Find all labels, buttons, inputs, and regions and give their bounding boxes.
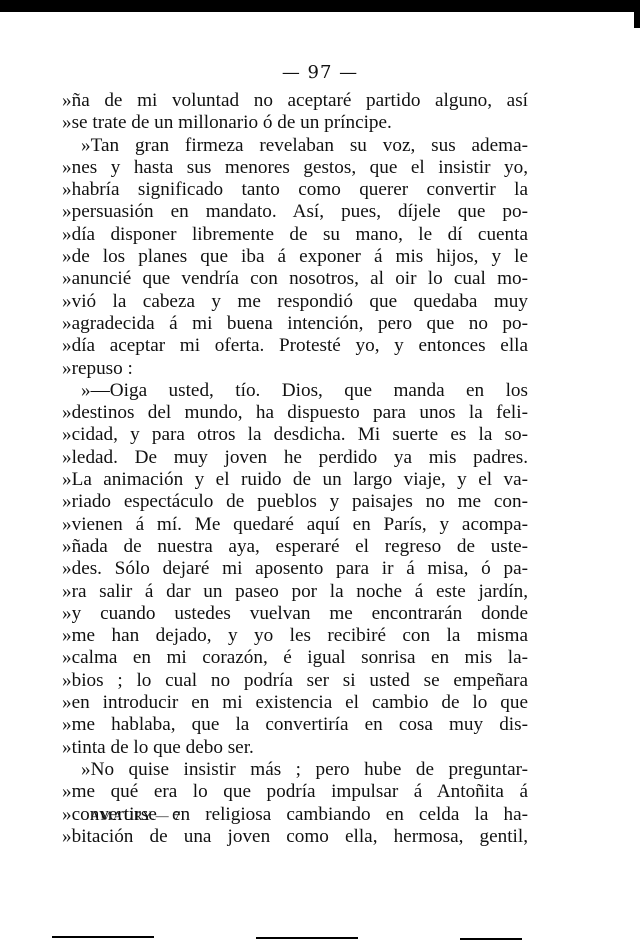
text-line: »anuncié que vendría con nosotros, al oi… [62, 268, 528, 290]
page-number: — 97 — [0, 62, 640, 83]
text-line: »La animación y el ruido de un largo via… [62, 469, 528, 491]
text-line: »vió la cabeza y me respondió que quedab… [62, 291, 528, 313]
text-line: »de los planes que iba á exponer á mis h… [62, 246, 528, 268]
text-line: »repuso : [62, 358, 528, 380]
scan-top-border [0, 0, 640, 12]
text-line: »día disponer libremente de su mano, le … [62, 224, 528, 246]
text-line: »me han dejado, y yo les recibiré con la… [62, 625, 528, 647]
text-line: »cidad, y para otros la desdicha. Mi sue… [62, 424, 528, 446]
text-line: »Tan gran firmeza revelaban su voz, sus … [62, 135, 528, 157]
scan-bottom-rule [52, 936, 154, 938]
text-line: »calma en mi corazón, é igual sonrisa en… [62, 647, 528, 669]
text-line: »des. Sólo dejaré mi aposento para ir á … [62, 558, 528, 580]
text-line: »ra salir á dar un paseo por la noche á … [62, 581, 528, 603]
scan-bottom-rule [256, 937, 358, 939]
text-line: »ña de mi voluntad no aceptaré partido a… [62, 90, 528, 112]
body-text: »ña de mi voluntad no aceptaré partido a… [62, 90, 528, 848]
text-line: »vienen á mí. Me quedaré aquí en París, … [62, 514, 528, 536]
text-line: »bios ; lo cual no podría ser si usted s… [62, 670, 528, 692]
text-line: »—Oiga usted, tío. Dios, que manda en lo… [62, 380, 528, 402]
text-line: »tinta de lo que debo ser. [62, 737, 528, 759]
text-line: »nes y hasta sus menores gestos, que el … [62, 157, 528, 179]
text-line: »se trate de un millonario ó de un prínc… [62, 112, 528, 134]
text-line: »en introducir en mi existencia el cambi… [62, 692, 528, 714]
printer-signature-mark: AMAURY.— 7 [90, 808, 181, 824]
text-line: »ñada de nuestra aya, esperaré el regres… [62, 536, 528, 558]
text-line: »ledad. De muy joven he perdido ya mis p… [62, 447, 528, 469]
text-line: »me hablaba, que la convertiría en cosa … [62, 714, 528, 736]
text-line: »agradecida á mi buena intención, pero q… [62, 313, 528, 335]
text-line: »y cuando ustedes vuelvan me encontrarán… [62, 603, 528, 625]
text-line: »persuasión en mandato. Así, pues, díjel… [62, 201, 528, 223]
text-line: »bitación de una joven como ella, hermos… [62, 826, 528, 848]
text-line: »destinos del mundo, ha dispuesto para u… [62, 402, 528, 424]
text-line: »día aceptar mi oferta. Protesté yo, y e… [62, 335, 528, 357]
text-line: »riado espectáculo de pueblos y paisajes… [62, 491, 528, 513]
scan-right-border [634, 0, 640, 28]
text-line: »habría significado tanto como querer co… [62, 179, 528, 201]
text-line: »me qué era lo que podría impulsar á Ant… [62, 781, 528, 803]
text-line: »No quise insistir más ; pero hube de pr… [62, 759, 528, 781]
